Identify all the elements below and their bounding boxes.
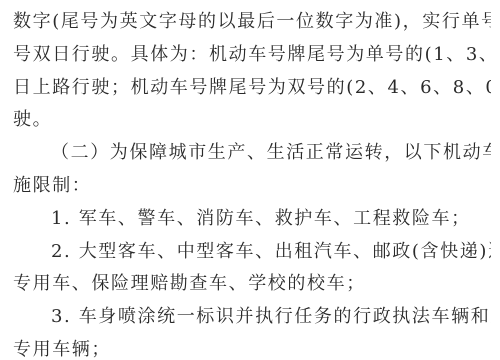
document-body: 数字(尾号为英文字母的以最后一位数字为准)，实行单号单日、双 号双日行驶。具体为… — [13, 6, 491, 360]
paragraph-line: 数字(尾号为英文字母的以最后一位数字为准)，实行单号单日、双 — [13, 6, 491, 39]
list-item-3: 3. 车身喷涂统一标识并执行任务的行政执法车辆和道路清障 — [13, 301, 491, 334]
paragraph-line: 驶。 — [13, 104, 491, 137]
list-item-2: 2. 大型客车、中型客车、出租汽车、邮政(含快递)运输车、押款 — [13, 236, 491, 269]
section-heading-line: （二）为保障城市生产、生活正常运转，以下机动车不受上述措 — [13, 137, 491, 170]
list-item-1: 1. 军车、警车、消防车、救护车、工程救险车； — [13, 203, 491, 236]
paragraph-line: 日上路行驶；机动车号牌尾号为双号的(2、4、6、8、0)在双日上路行 — [13, 72, 491, 105]
paragraph-line: 号双日行驶。具体为：机动车号牌尾号为单号的(1、3、5、7、9)在单 — [13, 39, 491, 72]
list-item-2-continued: 专用车、保险理赔勘查车、学校的校车； — [13, 268, 491, 301]
paragraph-line: 施限制： — [13, 170, 491, 203]
list-item-3-continued: 专用车辆； — [13, 334, 491, 360]
